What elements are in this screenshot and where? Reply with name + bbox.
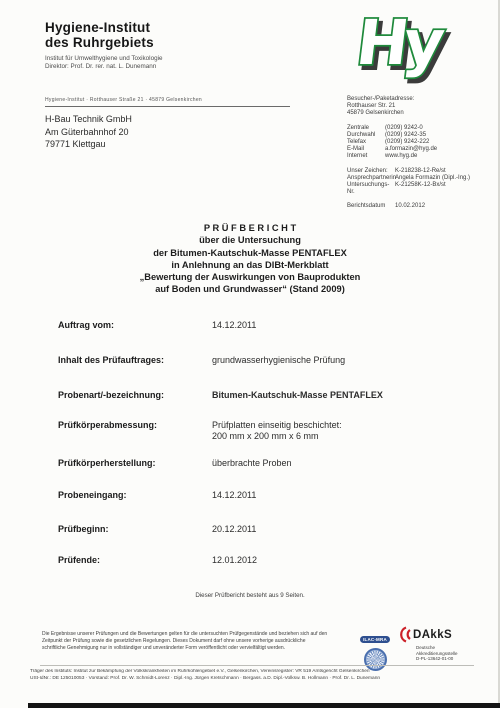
visit-address-block: Besucher-/Paketadresse: Rotthauser Str. … (347, 96, 482, 118)
field-row-herstellung: Prüfkörperherstellung: überbrachte Probe… (58, 458, 458, 469)
field-label: Probenart/-bezeichnung: (58, 390, 212, 401)
contact-row: Telefax (0209) 9242-222 (347, 139, 482, 146)
ilac-mra-label: ILAC-MRA (360, 636, 390, 643)
report-date-row: Berichtsdatum 10.02.2012 (347, 203, 482, 210)
contact-label: E-Mail (347, 146, 385, 153)
reference-label: Ansprechpartnerin (347, 175, 395, 182)
footer-divider (40, 665, 474, 666)
contact-label: Zentrale (347, 125, 385, 132)
reference-value: Angela Formazin (Dipl.-Ing.) (395, 175, 482, 182)
contact-column: Besucher-/Paketadresse: Rotthauser Str. … (347, 96, 482, 211)
field-value: 20.12.2011 (212, 524, 256, 535)
report-date-value: 10.02.2012 (395, 203, 482, 210)
field-row-probeneingang: Probeneingang: 14.12.2011 (58, 490, 458, 501)
hy-logo-text: Hy (353, 6, 449, 79)
carrier-line: Träger des Instituts: Institut zur Bekäm… (30, 669, 478, 676)
contact-value: (0209) 9242-0 (385, 125, 482, 132)
report-title-line: in Anlehnung an das DIBt-Merkblatt (0, 259, 500, 271)
visit-address-city: 45879 Gelsenkirchen (347, 110, 482, 117)
reference-label: Untersuchungs-Nr. (347, 182, 395, 196)
report-title-block: P R Ü F B E R I C H T über die Untersuch… (0, 222, 500, 296)
institute-name-line2: des Ruhrgebiets (45, 35, 163, 50)
dakks-logo: DAkkS Deutsche Akkreditierungsstelle D-P… (396, 626, 476, 662)
field-row-abmessung: Prüfkörperabmessung: Prüfplatten einseit… (58, 420, 458, 442)
field-row-pruefende: Prüfende: 12.01.2012 (58, 555, 458, 566)
field-value: 12.01.2012 (212, 555, 257, 566)
contact-row: E-Mail a.formazin@hyg.de (347, 146, 482, 153)
field-label: Inhalt des Prüfauftrages: (58, 355, 212, 366)
field-value-line1: Prüfplatten einseitig beschichtet: (212, 420, 342, 431)
hy-logo-graphic: Hy Hy (344, 2, 484, 90)
reference-row: Unser Zeichen: K-218238-12-Re/st (347, 168, 482, 175)
field-label: Probeneingang: (58, 490, 212, 501)
field-row-probenart: Probenart/-bezeichnung: Bitumen-Kautschu… (58, 390, 458, 401)
dakks-registration-number: D-PL-13642-01-00 (416, 656, 476, 662)
visit-address-label: Besucher-/Paketadresse: (347, 96, 482, 103)
disclaimer-line: schriftliche Genehmigung nur in vollstän… (42, 645, 352, 652)
recipient-address: H-Bau Technik GmbH Am Güterbahnhof 20 79… (45, 113, 132, 151)
contact-label: Internet (347, 153, 385, 160)
field-label: Prüfkörperherstellung: (58, 458, 212, 469)
contact-row: Internet www.hyg.de (347, 153, 482, 160)
recipient-city: 79771 Klettgau (45, 138, 132, 151)
pages-note: Dieser Prüfbericht besteht aus 9 Seiten. (0, 592, 500, 599)
report-title-line: „Bewertung der Auswirkungen von Bauprodu… (0, 271, 500, 283)
reference-row: Ansprechpartnerin Angela Formazin (Dipl.… (347, 175, 482, 182)
recipient-street: Am Güterbahnhof 20 (45, 126, 132, 139)
contact-value: (0209) 9242-35 (385, 132, 482, 139)
scan-bottom-strip-artifact (28, 703, 500, 708)
report-title: P R Ü F B E R I C H T (0, 222, 500, 234)
reference-value: K-21258K-12-Bx/st (395, 182, 482, 196)
reference-block: Unser Zeichen: K-218238-12-Re/st Ansprec… (347, 168, 482, 197)
field-label: Prüfende: (58, 555, 212, 566)
report-title-line: über die Untersuchung (0, 234, 500, 246)
field-value-line2: 200 mm x 200 mm x 6 mm (212, 431, 342, 442)
field-row-pruefbeginn: Prüfbeginn: 20.12.2011 (58, 524, 458, 535)
report-date-label: Berichtsdatum (347, 203, 395, 210)
institute-subtitle: Institut für Umwelthygiene und Toxikolog… (45, 55, 163, 63)
field-value: 14.12.2011 (212, 490, 256, 501)
field-label: Prüfbeginn: (58, 524, 212, 535)
letterhead: Hygiene-Institut des Ruhrgebiets Institu… (45, 20, 163, 71)
field-value: Prüfplatten einseitig beschichtet: 200 m… (212, 420, 342, 442)
field-label: Auftrag vom: (58, 320, 212, 331)
footer-disclaimer: Die Ergebnisse unserer Prüfungen und die… (42, 631, 352, 652)
reference-value: K-218238-12-Re/st (395, 168, 482, 175)
field-value: Bitumen-Kautschuk-Masse PENTAFLEX (212, 390, 383, 401)
report-title-line: auf Boden und Grundwasser“ (Stand 2009) (0, 283, 500, 295)
field-row-auftrag-vom: Auftrag vom: 14.12.2011 (58, 320, 458, 331)
field-value: 14.12.2011 (212, 320, 256, 331)
dakks-arcs-icon (396, 626, 411, 643)
contact-row: Zentrale (0209) 9242-0 (347, 125, 482, 132)
reference-label: Unser Zeichen: (347, 168, 395, 175)
return-address-line: Hygiene-Institut · Rotthauser Straße 21 … (45, 97, 290, 107)
disclaimer-line: Die Ergebnisse unserer Prüfungen und die… (42, 631, 352, 638)
contact-row: Durchwahl (0209) 9242-35 (347, 132, 482, 139)
contact-value: www.hyg.de (385, 153, 482, 160)
disclaimer-line: Zeitpunkt der Prüfung sowie die gesetzli… (42, 638, 352, 645)
contact-value: (0209) 9242-222 (385, 139, 482, 146)
visit-address-street: Rotthauser Str. 21 (347, 103, 482, 110)
contact-label: Telefax (347, 139, 385, 146)
contact-value: a.formazin@hyg.de (385, 146, 482, 153)
ilac-seal-icon (364, 648, 387, 671)
report-title-line: der Bitumen-Kautschuk-Masse PENTAFLEX (0, 247, 500, 259)
contact-label: Durchwahl (347, 132, 385, 139)
field-row-inhalt: Inhalt des Prüfauftrages: grundwasserhyg… (58, 355, 458, 366)
dakks-wordmark: DAkkS (413, 629, 452, 641)
field-value: grundwasserhygienische Prüfung (212, 355, 345, 366)
field-value: überbrachte Proben (212, 458, 292, 469)
hy-logo: Hy Hy (344, 2, 484, 95)
reference-row: Untersuchungs-Nr. K-21258K-12-Bx/st (347, 182, 482, 196)
phone-block: Zentrale (0209) 9242-0 Durchwahl (0209) … (347, 125, 482, 161)
carrier-line: USt-IdNr.: DE 125010053 · Vorstand: Prof… (30, 676, 478, 683)
scanned-test-report-page: Hygiene-Institut des Ruhrgebiets Institu… (0, 0, 500, 708)
field-label: Prüfkörperabmessung: (58, 420, 212, 442)
institute-carrier-lines: Träger des Instituts: Institut zur Bekäm… (30, 669, 478, 682)
institute-director: Direktor: Prof. Dr. rer. nat. L. Duneman… (45, 63, 163, 71)
recipient-name: H-Bau Technik GmbH (45, 113, 132, 126)
institute-name-line1: Hygiene-Institut (45, 20, 163, 35)
